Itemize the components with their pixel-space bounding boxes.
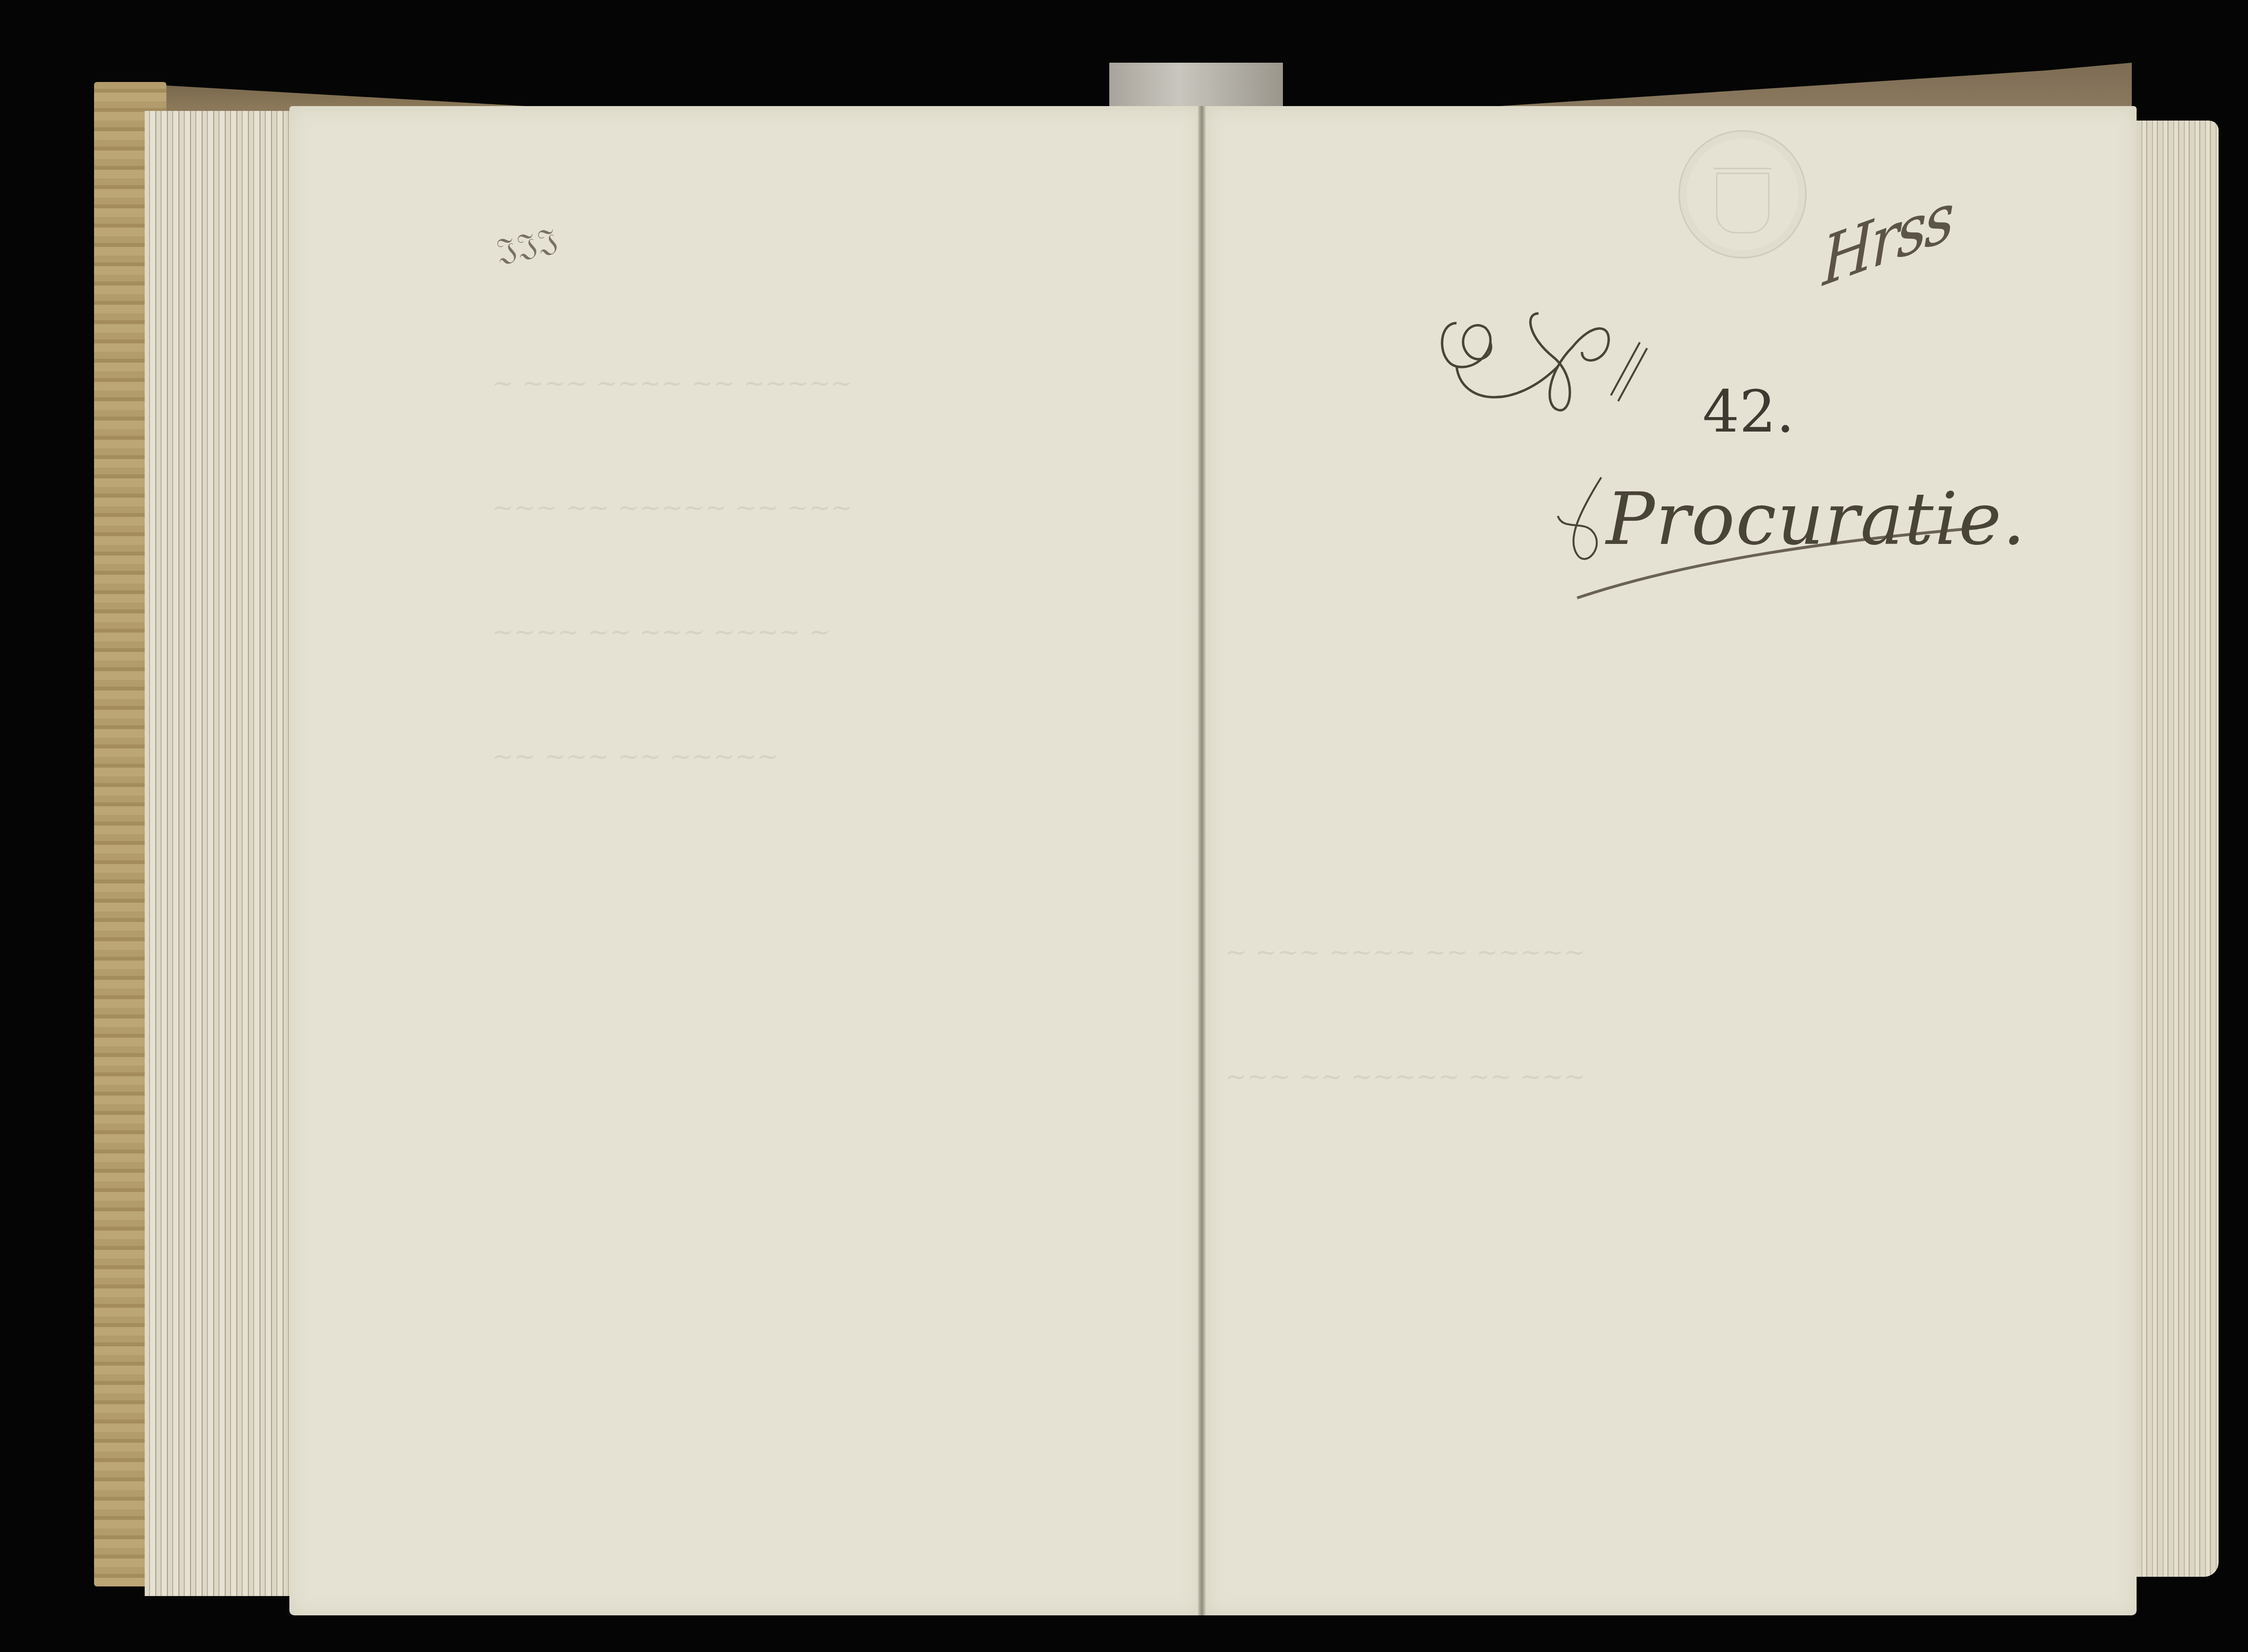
bleed-through-text: ~ ~~~ ~~~~ ~~ ~~~~~ ~~~ ~~ ~~~~~ ~~ ~~~ …	[492, 280, 852, 860]
bleed-line: ~ ~~~ ~~~~ ~~ ~~~~~	[1225, 932, 1585, 973]
bleed-line: ~ ~~~ ~~~~ ~~ ~~~~~	[492, 363, 852, 404]
bleed-line: ~~~ ~~ ~~~~~ ~~ ~~~	[492, 487, 852, 528]
gutter	[1198, 106, 1206, 1615]
document-number: 42.	[1428, 294, 1862, 420]
seal-crown-icon	[1714, 149, 1771, 169]
page-stack-left	[145, 111, 304, 1596]
document-title: Procuratie.	[1548, 458, 1982, 612]
bleed-line: ~~~~ ~~ ~~~ ~~~~ ~	[492, 611, 852, 653]
embossed-seal-icon	[1678, 130, 1807, 258]
document-number-label: 42.	[1703, 379, 1795, 446]
left-page: ~ ~~~ ~~~~ ~~ ~~~~~ ~~~ ~~ ~~~~~ ~~ ~~~ …	[289, 106, 1201, 1615]
page-stack-right	[2132, 121, 2219, 1577]
bleed-line: ~~ ~~~ ~~ ~~~~~	[492, 736, 852, 777]
bleed-line: ~~~ ~~ ~~~~~ ~~ ~~~	[1225, 1056, 1585, 1097]
bleed-through-text: ~ ~~~ ~~~~ ~~ ~~~~~ ~~~ ~~ ~~~~~ ~~ ~~~	[1225, 849, 1585, 1180]
open-register: ~ ~~~ ~~~~ ~~ ~~~~~ ~~~ ~~ ~~~~~ ~~ ~~~ …	[0, 0, 2248, 1652]
numero-flourish-icon	[1428, 294, 1727, 420]
document-title-text: Procuratie.	[1606, 477, 2026, 561]
seal-shield-icon	[1716, 173, 1770, 233]
